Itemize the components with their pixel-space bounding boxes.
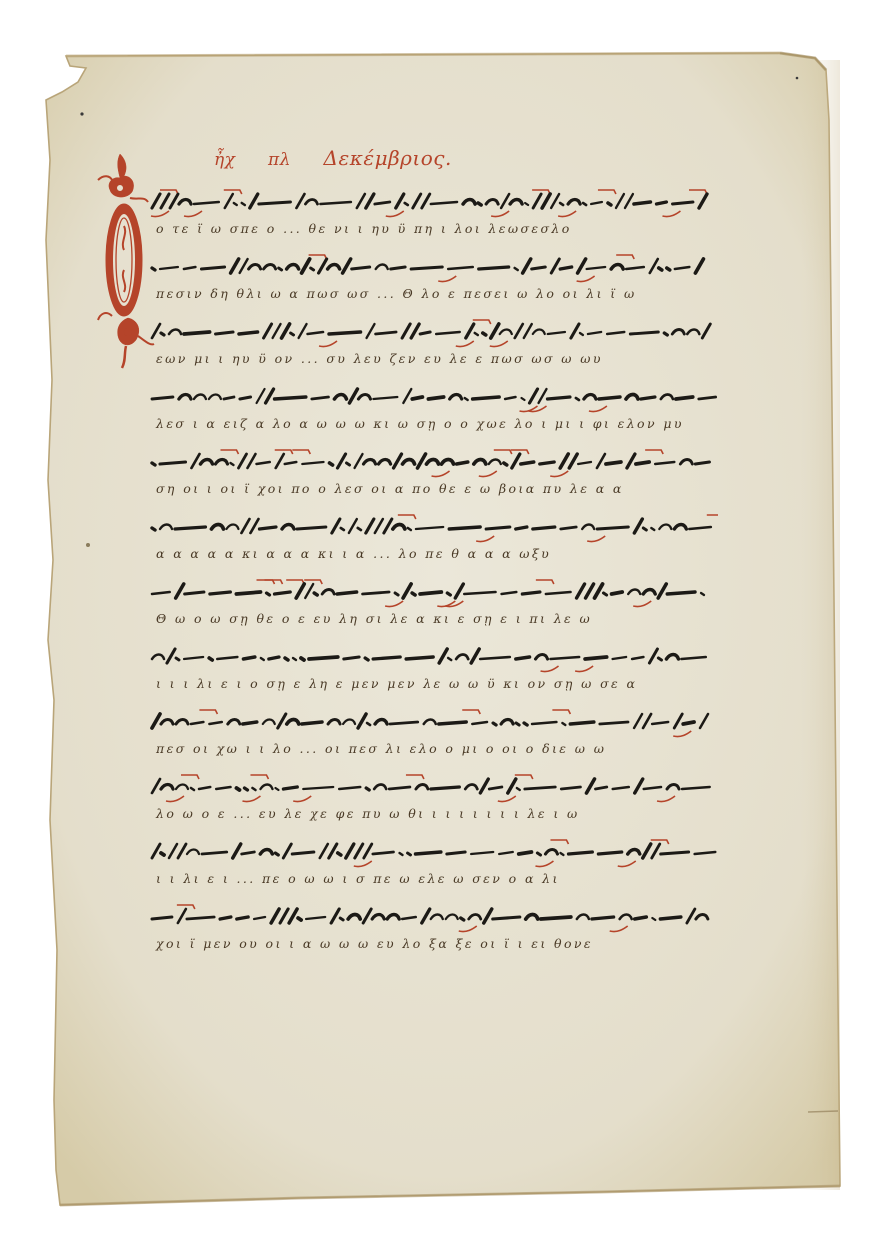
neume-row xyxy=(148,834,718,868)
lyric-line: ο τε ϊ ω σπε ο ... θε νι ι ηυ ϋ πη ι λοι… xyxy=(148,218,718,244)
chant-heading: ἦχ πλ Δεκέμβριος. xyxy=(214,146,478,180)
neume-row xyxy=(148,314,718,348)
neume-row xyxy=(148,184,718,218)
lyric-line: χοι ϊ μεν ου οι ι α ω ω ω ευ λο ξα ξε οι… xyxy=(148,933,718,959)
neume-row xyxy=(148,899,718,933)
lyric-line: λεσ ι α ειζ α λο α ω ω ω κι ω σῃ ο ο χωε… xyxy=(148,413,718,439)
lyric-line: ση οι ι οι ϊ χοι πο ο λεσ οι α πο θε ε ω… xyxy=(148,478,718,504)
neume-row xyxy=(148,444,718,478)
month-title: Δεκέμβριος. xyxy=(324,146,452,170)
neume-row xyxy=(148,704,718,738)
lyric-line: ι ι λι ε ι ... πε ο ω ω ι σ πε ω ελε ω σ… xyxy=(148,868,718,894)
tone-mark: ἦχ xyxy=(214,150,236,170)
neume-row xyxy=(148,639,718,673)
neume-row xyxy=(148,509,718,543)
chant-lines: ο τε ϊ ω σπε ο ... θε νι ι ηυ ϋ πη ι λοι… xyxy=(148,184,718,964)
neume-row xyxy=(148,769,718,803)
lyric-line: Θ ω ο ω σῃ θε ο ε ευ λη σι λε α κι ε σῃ … xyxy=(148,608,718,634)
manuscript-leaf: ἦχ πλ Δεκέμβριος. ο τε ϊ ω σπε ο ... θε … xyxy=(0,0,887,1260)
neume-row xyxy=(148,574,718,608)
neume-row xyxy=(148,379,718,413)
illuminated-initial-icon xyxy=(92,150,156,370)
lyric-line: εων μι ι ηυ ϋ ον ... συ λευ ζεν ευ λε ε … xyxy=(148,348,718,374)
neume-row xyxy=(148,249,718,283)
mode-sign: πλ xyxy=(268,150,291,170)
lyric-line: πεσ οι χω ι ι λο ... οι πεσ λι ελο ο μι … xyxy=(148,738,718,764)
line-gap xyxy=(148,959,718,964)
lyric-line: ι ι ι λι ε ι ο σῃ ε λη ε μεν μεν λε ω ω … xyxy=(148,673,718,699)
lyric-line: λο ω ο ε ... ευ λε χε φε πυ ω θι ι ι ι ι… xyxy=(148,803,718,829)
lyric-line: πεσιν δη θλι ω α πωσ ωσ ... Θ λο ε πεσει… xyxy=(148,283,718,309)
lyric-line: α α α α α κι α α α κι ι α ... λο πε θ α … xyxy=(148,543,718,569)
